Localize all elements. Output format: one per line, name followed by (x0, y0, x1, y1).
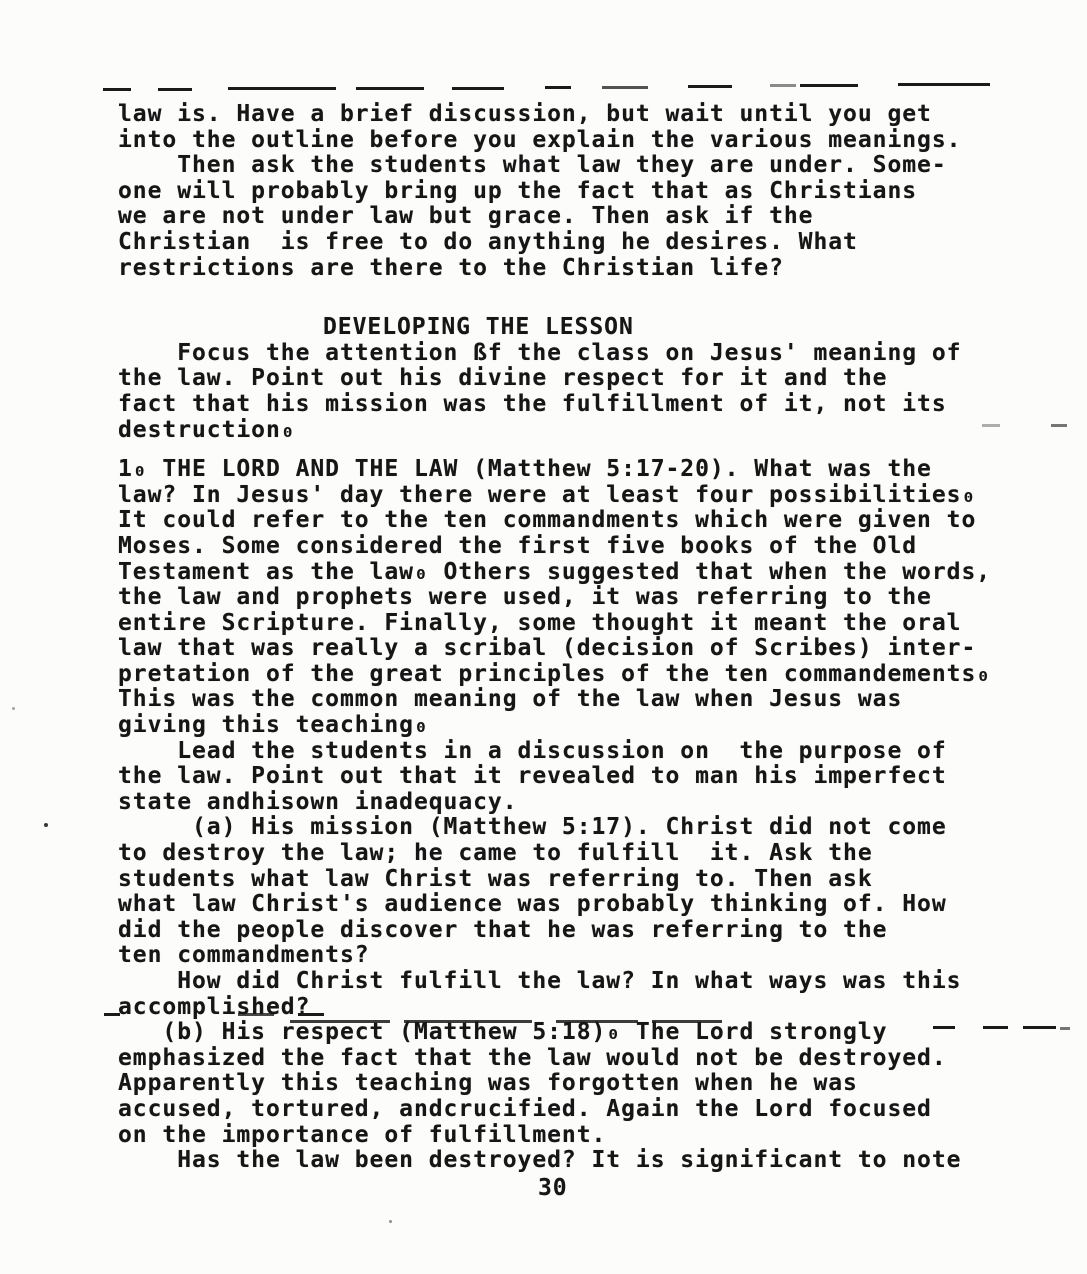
text-line: This was the common meaning of the law w… (118, 687, 1028, 713)
text-line: state andhisown inadequacy. (118, 790, 1028, 816)
scan-mark (770, 84, 796, 87)
scan-mark (898, 83, 990, 86)
scan-mark (1051, 424, 1067, 427)
text-line: How did Christ fulfill the law? In what … (118, 969, 1028, 995)
text-line: restrictions are there to the Christian … (118, 256, 1028, 282)
text-line: Apparently this teaching was forgotten w… (118, 1071, 1028, 1097)
text-line: 1₀ THE LORD AND THE LAW (Matthew 5:17-20… (118, 457, 1028, 483)
scanned-document-page: law is. Have a brief discussion, but wai… (0, 0, 1087, 1274)
scan-speck (12, 707, 15, 710)
text-line: Focus the attention ßf the class on Jesu… (118, 341, 1028, 367)
text-line: what law Christ's audience was probably … (118, 892, 1028, 918)
text-line: on the importance of fulfillment. (118, 1123, 1028, 1149)
scan-mark (1060, 1027, 1070, 1030)
page-number: 30 (118, 1176, 1028, 1202)
text-line: (b) His respect (Matthew 5:18)₀ The Lord… (118, 1020, 1028, 1046)
text-line: (a) His mission (Matthew 5:17). Christ d… (118, 815, 1028, 841)
scan-speck (389, 1220, 392, 1223)
scan-mark (545, 86, 571, 89)
text-line: law that was really a scribal (decision … (118, 636, 1028, 662)
section-lord-and-the-law: 1₀ THE LORD AND THE LAW (Matthew 5:17-20… (118, 457, 1028, 1174)
scan-mark (356, 87, 424, 90)
scan-mark (602, 86, 648, 89)
paragraph-intro: law is. Have a brief discussion, but wai… (118, 102, 1028, 281)
text-line: fact that his mission was the fulfillmen… (118, 392, 1028, 418)
text-line: Lead the students in a discussion on the… (118, 739, 1028, 765)
text-line: students what law Christ was referring t… (118, 867, 1028, 893)
text-line: emphasized the fact that the law would n… (118, 1046, 1028, 1072)
text-line: It could refer to the ten commandments w… (118, 508, 1028, 534)
text-line: destruction₀ (118, 418, 1028, 444)
text-line: the law and prophets were used, it was r… (118, 585, 1028, 611)
text-line: to destroy the law; he came to fulfill i… (118, 841, 1028, 867)
section-developing-the-lesson: DEVELOPING THE LESSON Focus the attentio… (118, 315, 1028, 443)
text-line: ten commandments? (118, 943, 1028, 969)
scan-mark (452, 87, 504, 90)
text-line: entire Scripture. Finally, some thought … (118, 611, 1028, 637)
text-line: Christian is free to do anything he desi… (118, 230, 1028, 256)
text-line: Moses. Some considered the first five bo… (118, 534, 1028, 560)
text-line: one will probably bring up the fact that… (118, 179, 1028, 205)
scan-mark (158, 88, 192, 91)
scan-mark (228, 87, 336, 90)
text-line: law? In Jesus' day there were at least f… (118, 483, 1028, 509)
text-line: did the people discover that he was refe… (118, 918, 1028, 944)
text-line: the law. Point out his divine respect fo… (118, 366, 1028, 392)
section-heading: DEVELOPING THE LESSON (118, 315, 1028, 341)
scan-mark (103, 88, 131, 91)
text-line: Then ask the students what law they are … (118, 153, 1028, 179)
text-line: into the outline before you explain the … (118, 128, 1028, 154)
text-line: we are not under law but grace. Then ask… (118, 204, 1028, 230)
text-line: Has the law been destroyed? It is signif… (118, 1148, 1028, 1174)
text-line: accomplished? (118, 995, 1028, 1021)
text-line: law is. Have a brief discussion, but wai… (118, 102, 1028, 128)
scan-speck (44, 823, 48, 827)
scan-mark (688, 85, 732, 88)
text-line: giving this teaching₀ (118, 713, 1028, 739)
document-text: law is. Have a brief discussion, but wai… (118, 102, 1028, 1201)
text-line: Testament as the law₀ Others suggested t… (118, 560, 1028, 586)
text-line: the law. Point out that it revealed to m… (118, 764, 1028, 790)
text-line: pretation of the great principles of the… (118, 662, 1028, 688)
scan-mark (800, 84, 858, 87)
text-line: accused, tortured, andcrucified. Again t… (118, 1097, 1028, 1123)
